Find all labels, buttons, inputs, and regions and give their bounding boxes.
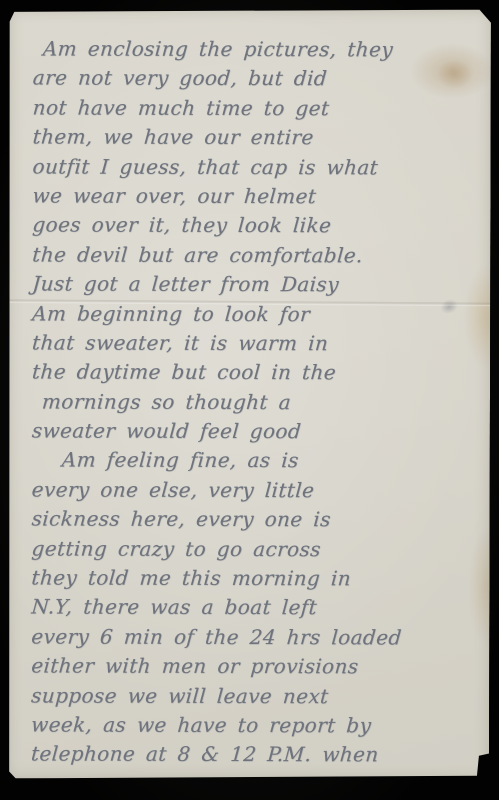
letter-line: outfit I guess, that cap is what: [32, 152, 480, 183]
letter-page: Am enclosing the pictures, theyare not v…: [7, 8, 491, 779]
letter-line: mornings so thought a: [31, 387, 479, 418]
letter-line: they told me this morning in: [30, 563, 478, 594]
letter-line: not have much time to get: [32, 93, 480, 124]
letter-line: the devil but are comfortable.: [31, 240, 479, 271]
letter-line: are not very good, but did: [32, 64, 480, 95]
scan-background: Am enclosing the pictures, theyare not v…: [0, 0, 499, 800]
letter-line: Am feeling fine, as is: [31, 446, 479, 477]
letter-line: sickness here, every one is: [31, 505, 479, 536]
letter-line: that sweater, it is warm in: [31, 328, 479, 359]
letter-line: sweater would feel good: [31, 417, 479, 448]
letter-line: goes over it, they look like: [31, 211, 479, 242]
letter-line: N.Y, there was a boat left: [30, 593, 478, 624]
handwritten-text: Am enclosing the pictures, theyare not v…: [31, 34, 479, 771]
letter-line: Am beginning to look for: [31, 299, 479, 330]
letter-line: getting crazy to go across: [31, 534, 479, 565]
letter-line: Just got a letter from Daisy: [31, 270, 479, 301]
letter-line: suppose we will leave next: [30, 681, 478, 712]
letter-line: Am enclosing the pictures, they: [32, 34, 480, 65]
letter-line: week, as we have to report by: [30, 710, 478, 741]
letter-line: we wear over, our helmet: [31, 181, 479, 212]
letter-line: the daytime but cool in the: [31, 358, 479, 389]
letter-line: them, we have our entire: [32, 123, 480, 154]
letter-line: either with men or provisions: [30, 652, 478, 683]
letter-line: every one else, very little: [31, 475, 479, 506]
letter-line: telephone at 8 & 12 P.M. when: [30, 740, 478, 771]
letter-line: every 6 min of the 24 hrs loaded: [30, 622, 478, 653]
